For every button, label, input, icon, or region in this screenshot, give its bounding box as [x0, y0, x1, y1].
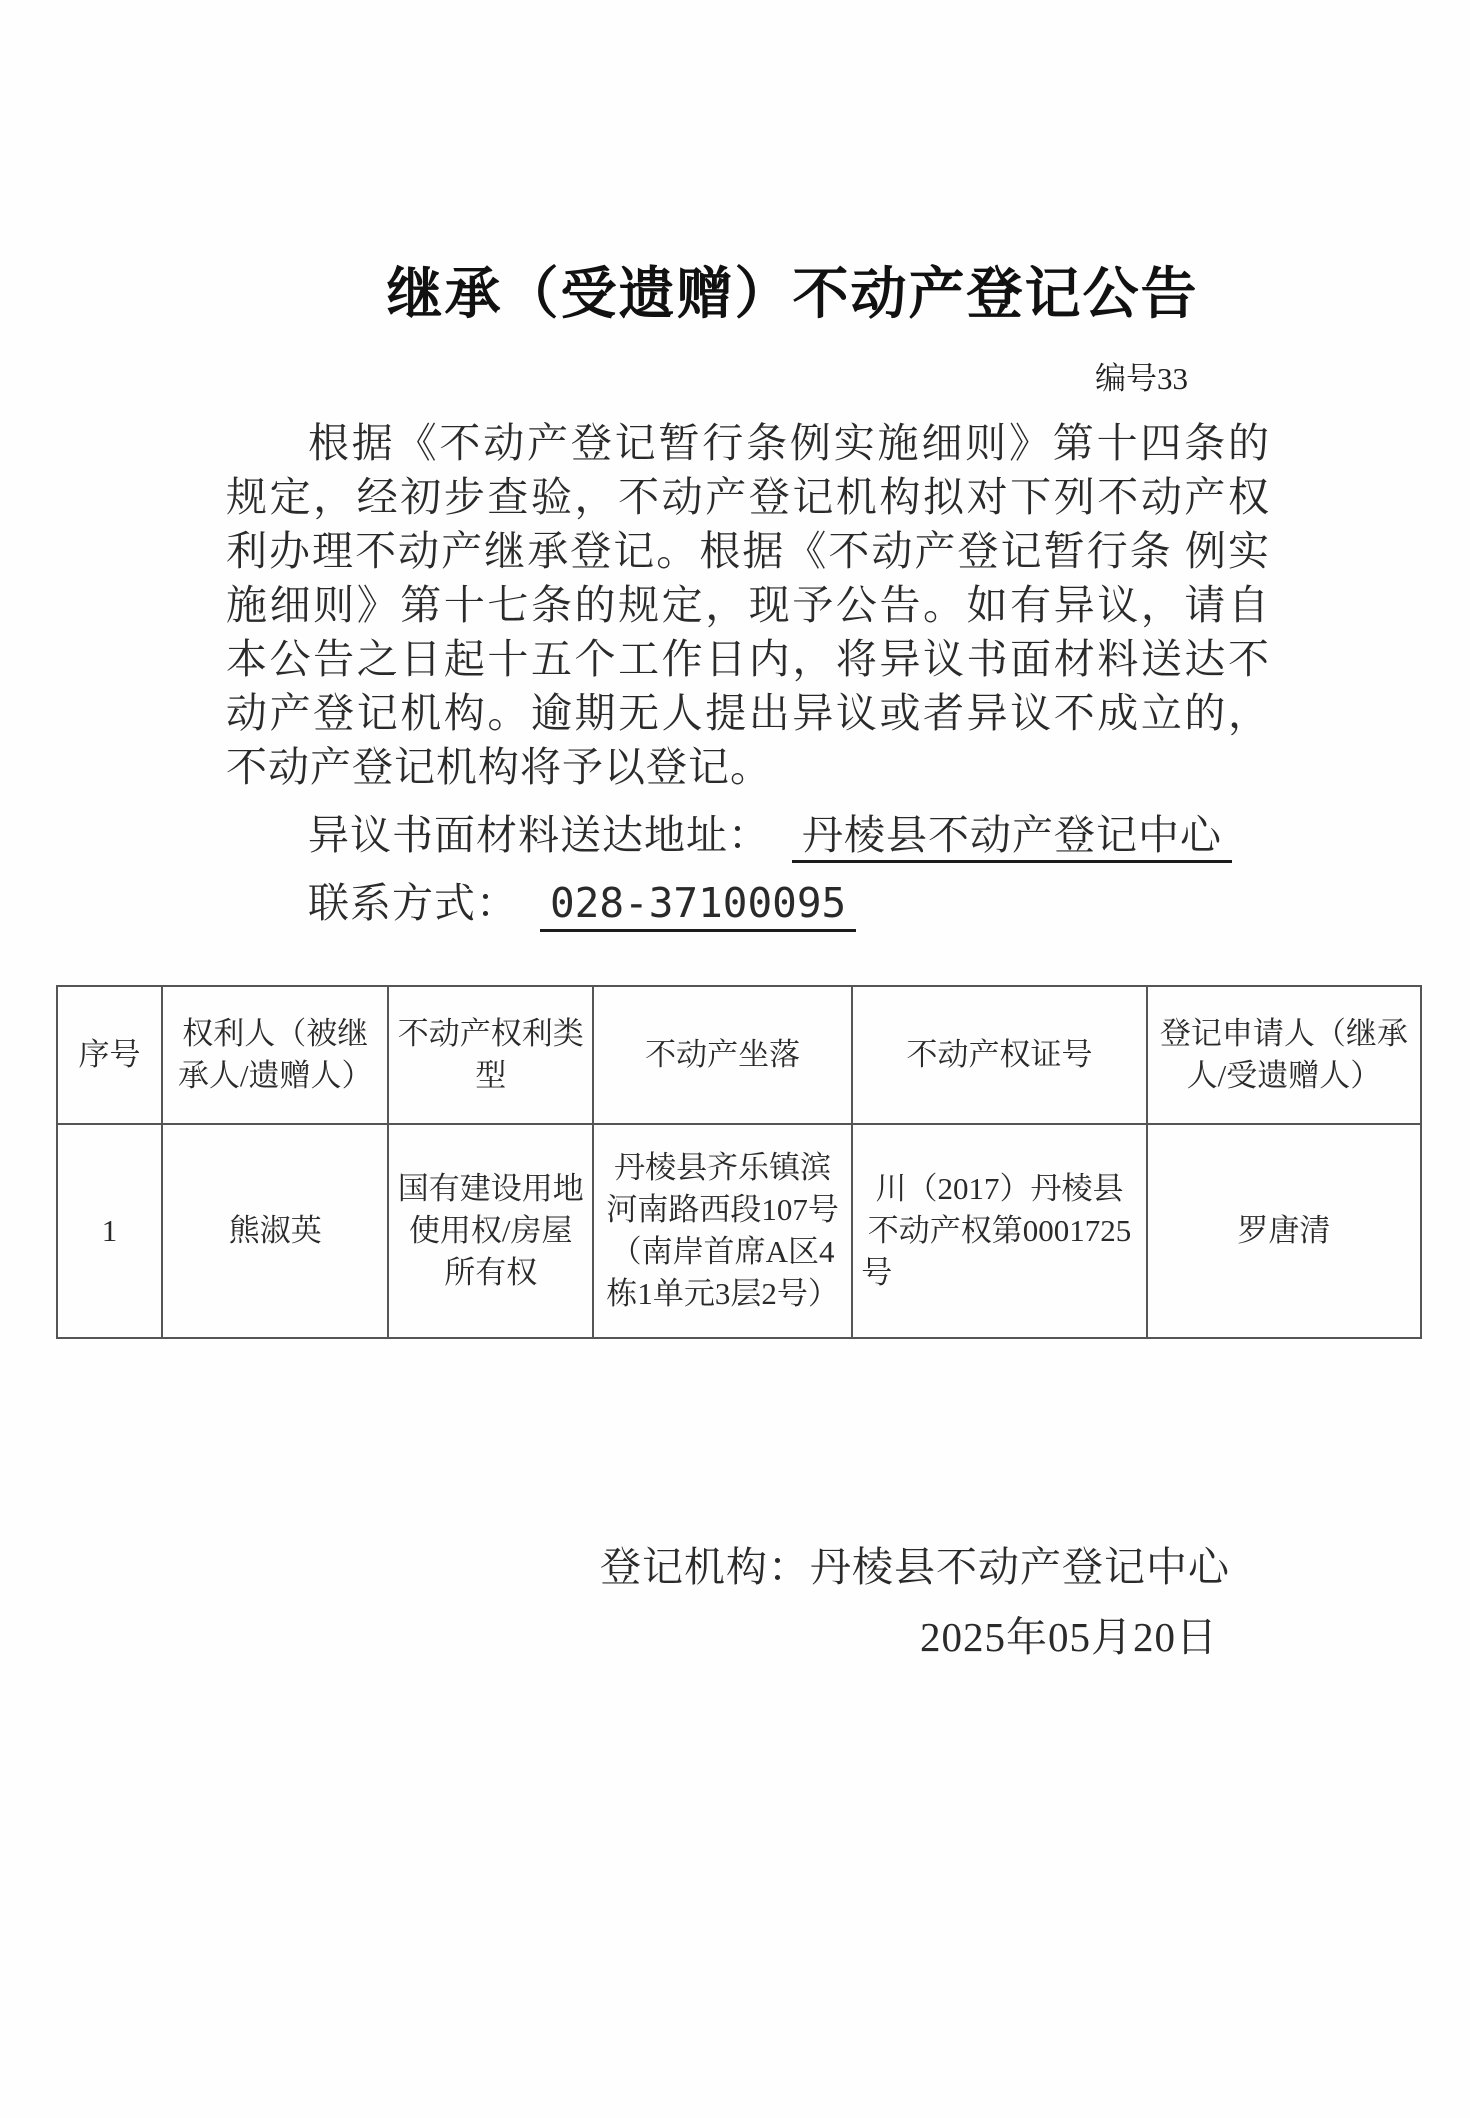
registration-authority-line: 登记机构：丹棱县不动产登记中心 — [0, 1540, 1470, 1594]
cell-seq: 1 — [57, 1124, 162, 1338]
table-header-row: 序号 权利人（被继承人/遗赠人） 不动产权利类型 不动产坐落 不动产权证号 登记… — [57, 986, 1421, 1124]
cell-cert-no: 川（2017）丹棱县不动产权第0001725号 — [852, 1124, 1147, 1338]
objection-address-label: 异议书面材料送达地址： — [308, 812, 770, 858]
header-location: 不动产坐落 — [593, 986, 852, 1124]
contact-phone-value: 028-37100095 — [540, 879, 856, 932]
header-holder: 权利人（被继承人/遗赠人） — [162, 986, 388, 1124]
cell-location: 丹棱县齐乐镇滨河南路西段107号（南岸首席A区4栋1单元3层2号） — [593, 1124, 852, 1338]
cell-holder: 熊淑英 — [162, 1124, 388, 1338]
contact-label: 联系方式： — [308, 880, 518, 926]
contact-line: 联系方式：028-37100095 — [226, 876, 1270, 930]
header-cert-no: 不动产权证号 — [852, 986, 1147, 1124]
page-title: 继承（受遗赠）不动产登记公告 — [0, 0, 1470, 329]
cell-applicant: 罗唐清 — [1147, 1124, 1421, 1338]
cell-right-type: 国有建设用地使用权/房屋所有权 — [388, 1124, 593, 1338]
objection-address-value: 丹棱县不动产登记中心 — [792, 812, 1232, 863]
document-date: 2025年05月20日 — [0, 1610, 1470, 1664]
document-footer: 登记机构：丹棱县不动产登记中心 2025年05月20日 — [0, 1540, 1470, 1664]
header-right-type: 不动产权利类型 — [388, 986, 593, 1124]
registration-table: 序号 权利人（被继承人/遗赠人） 不动产权利类型 不动产坐落 不动产权证号 登记… — [56, 985, 1422, 1339]
scanned-notice-page: 继承（受遗赠）不动产登记公告 编号33 根据《不动产登记暂行条例实施细则》第十四… — [0, 0, 1470, 2118]
header-seq: 序号 — [57, 986, 162, 1124]
document-number: 编号33 — [0, 353, 1470, 398]
objection-address-line: 异议书面材料送达地址：丹棱县不动产登记中心 — [226, 808, 1270, 862]
header-applicant: 登记申请人（继承人/受遗赠人） — [1147, 986, 1421, 1124]
notice-body-paragraph: 根据《不动产登记暂行条例实施细则》第十四条的规定，经初步查验，不动产登记机构拟对… — [226, 416, 1270, 794]
table-row: 1 熊淑英 国有建设用地使用权/房屋所有权 丹棱县齐乐镇滨河南路西段107号（南… — [57, 1124, 1421, 1338]
